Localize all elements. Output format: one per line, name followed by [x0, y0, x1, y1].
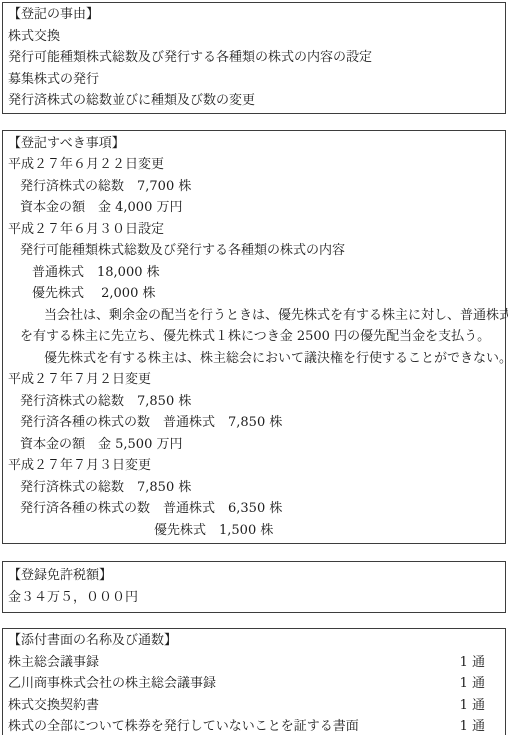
section-title: 【登記すべき事項】 — [8, 133, 499, 155]
attachment-name: 株式の全部について株券を発行していないことを証する書面 — [8, 716, 359, 735]
section-title: 【添付書面の名称及び通数】 — [8, 630, 499, 652]
matters-line-clause: 当会社は、剰余金の配当を行うときは、優先株式を有する株主に対し、普通株式 — [8, 305, 499, 327]
matters-line-clause: 優先株式を有する株主は、株主総会において議決権を行使することができない。 — [8, 348, 499, 370]
matters-line-date: 平成２７年７月２日変更 — [8, 369, 499, 391]
attachment-row: 株主総会議事録 1 通 — [8, 652, 499, 674]
matters-line-date: 平成２７年６月２２日変更 — [8, 154, 499, 176]
attachment-row: 乙川商事株式会社の株主総会議事録 1 通 — [8, 673, 499, 695]
attachment-row: 株式交換契約書 1 通 — [8, 695, 499, 717]
attachment-name: 株主総会議事録 — [8, 652, 99, 674]
section-title: 【登記の事由】 — [8, 4, 499, 26]
matters-line-date: 平成２７年７月３日変更 — [8, 455, 499, 477]
license-tax-section: 【登録免許税額】 金３４万５，０００円 — [2, 561, 506, 613]
reason-line: 発行済株式の総数並びに種類及び数の変更 — [8, 90, 499, 112]
registration-reason-section: 【登記の事由】 株式交換 発行可能種類株式総数及び発行する各種類の株式の内容の設… — [2, 2, 506, 114]
matters-line-detail: 発行可能種類株式総数及び発行する各種類の株式の内容 — [8, 240, 499, 262]
attachment-name: 乙川商事株式会社の株主総会議事録 — [8, 673, 216, 695]
attachment-name: 株式交換契約書 — [8, 695, 99, 717]
attachment-count: 1 通 — [460, 673, 499, 695]
matters-line-detail: 発行済株式の総数 7,850 株 — [8, 391, 499, 413]
section-title: 【登録免許税額】 — [8, 565, 499, 587]
registration-matters-section: 【登記すべき事項】 平成２７年６月２２日変更 発行済株式の総数 7,700 株 … — [2, 130, 506, 545]
tax-amount: 金３４万５，０００円 — [8, 587, 499, 609]
matters-line-clause: を有する株主に先立ち、優先株式１株につき金 2500 円の優先配当金を支払う。 — [8, 326, 499, 348]
matters-line-detail: 発行済各種の株式の数 普通株式 7,850 株 — [8, 412, 499, 434]
attachments-section: 【添付書面の名称及び通数】 株主総会議事録 1 通 乙川商事株式会社の株主総会議… — [2, 628, 506, 735]
matters-line-detail: 資本金の額 金 4,000 万円 — [8, 197, 499, 219]
reason-line: 株式交換 — [8, 26, 499, 48]
attachment-count: 1 通 — [460, 652, 499, 674]
matters-line-detail: 発行済株式の総数 7,850 株 — [8, 477, 499, 499]
attachment-count: 1 通 — [460, 716, 499, 735]
matters-line-detail: 発行済各種の株式の数 普通株式 6,350 株 — [8, 498, 499, 520]
reason-line: 募集株式の発行 — [8, 69, 499, 91]
matters-line-detail: 優先株式 2,000 株 — [8, 283, 499, 305]
attachment-count: 1 通 — [460, 695, 499, 717]
matters-line-date: 平成２７年６月３０日設定 — [8, 219, 499, 241]
matters-line-detail: 資本金の額 金 5,500 万円 — [8, 434, 499, 456]
registration-application-document: { "colors": { "background": "#ffffff", "… — [0, 0, 508, 735]
matters-line-detail: 発行済株式の総数 7,700 株 — [8, 176, 499, 198]
matters-line-detail: 優先株式 1,500 株 — [8, 520, 499, 542]
attachment-row: 株式の全部について株券を発行していないことを証する書面 1 通 — [8, 716, 499, 735]
reason-line: 発行可能種類株式総数及び発行する各種類の株式の内容の設定 — [8, 47, 499, 69]
matters-line-detail: 普通株式 18,000 株 — [8, 262, 499, 284]
